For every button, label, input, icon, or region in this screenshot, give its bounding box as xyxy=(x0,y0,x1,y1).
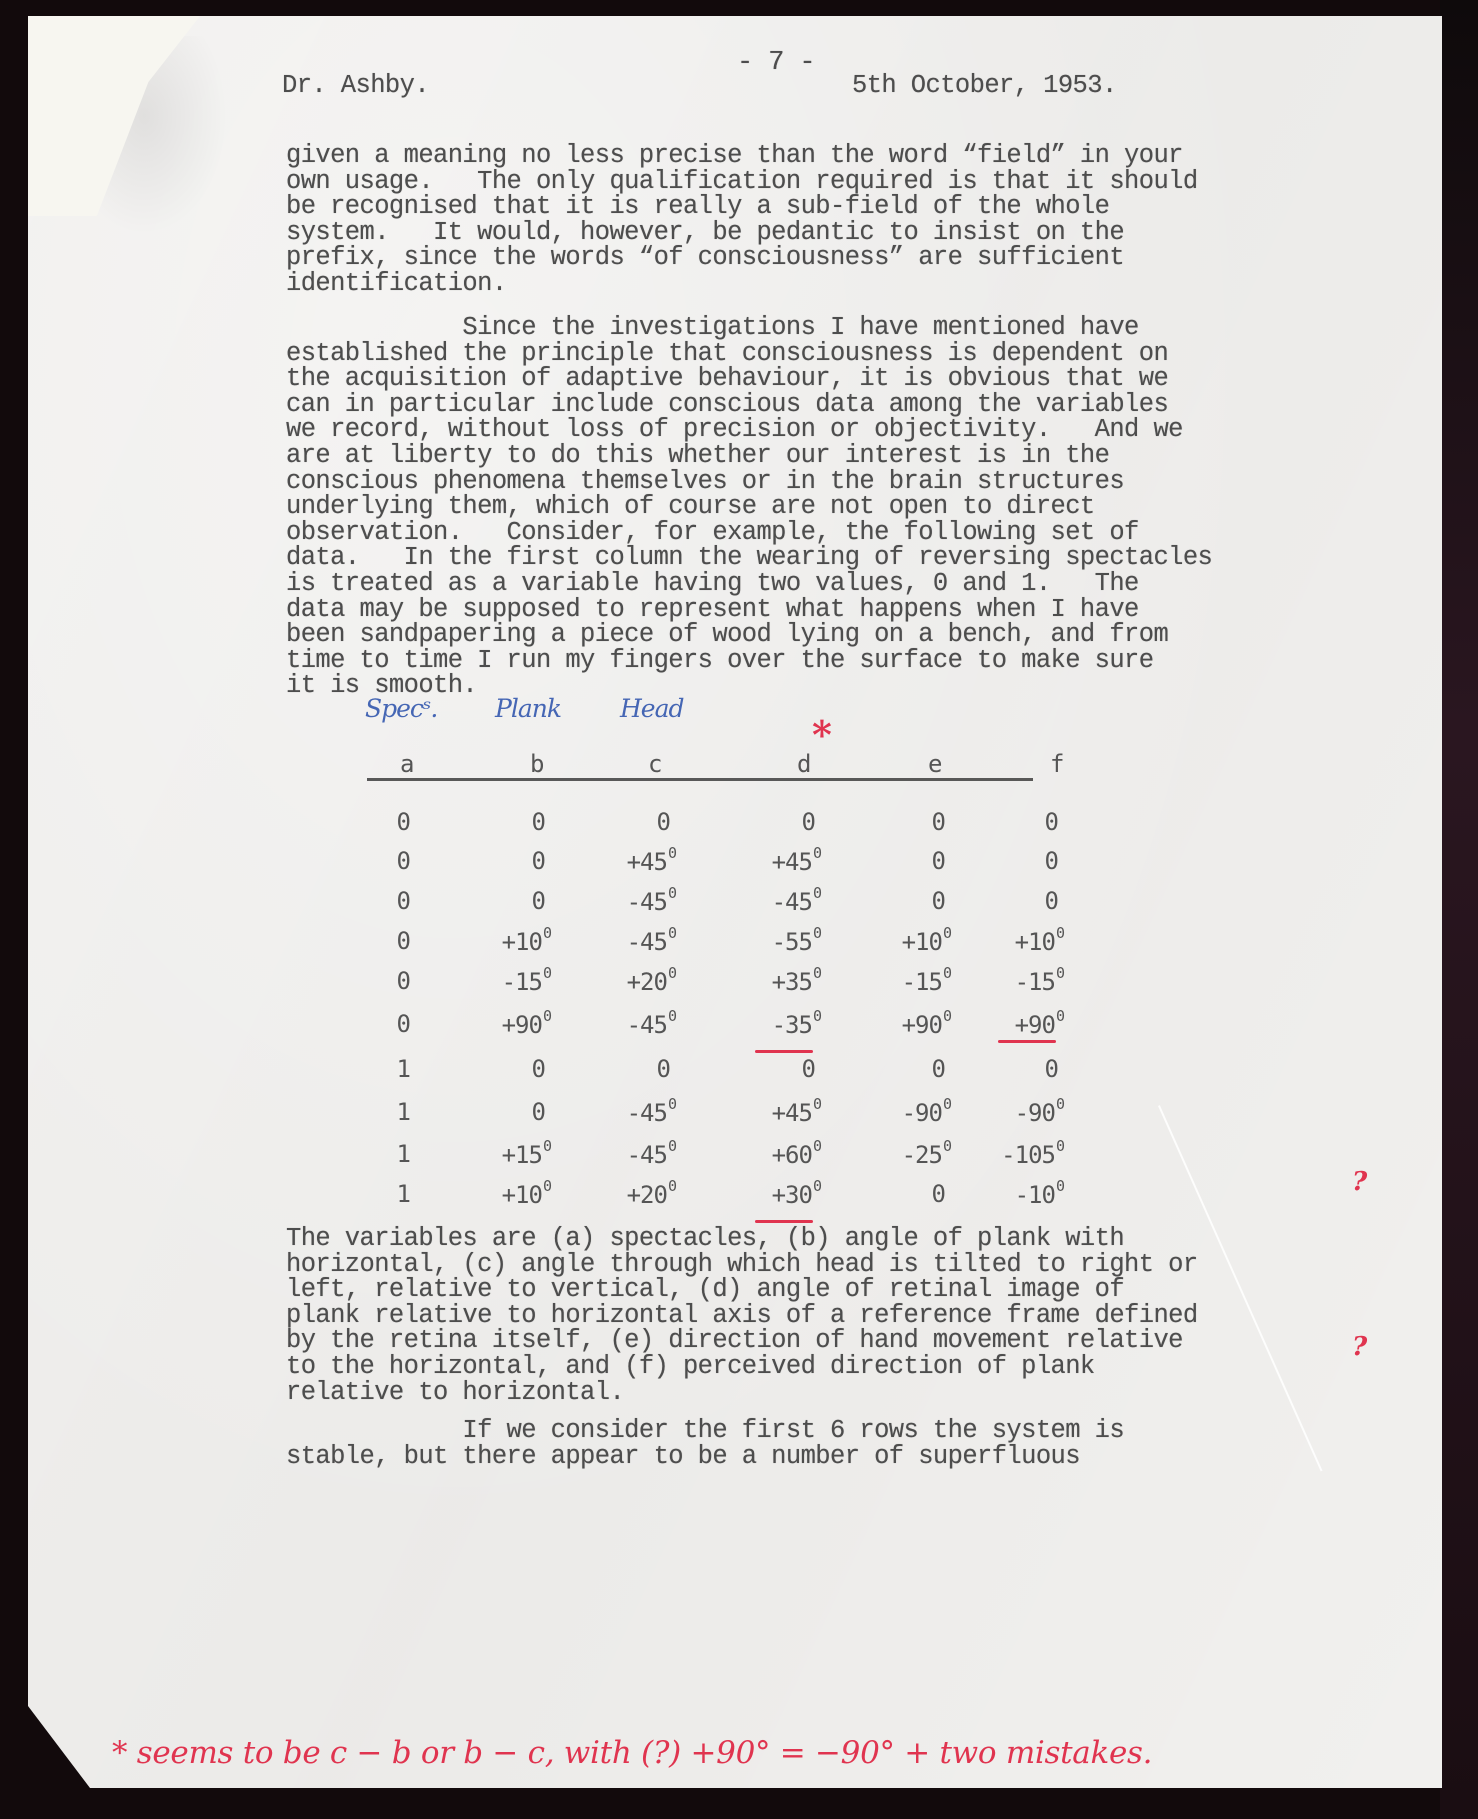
recipient: Dr. Ashby. xyxy=(282,73,429,99)
note-plank: Plank xyxy=(495,694,561,723)
text-line: data. In the first column the wearing of… xyxy=(286,545,1212,571)
text-line: stable, but there appear to be a number … xyxy=(286,1444,1124,1470)
table-cell: +100 xyxy=(954,927,1064,956)
table-cell: +200 xyxy=(566,967,676,996)
table-cell: 0 xyxy=(300,808,410,836)
table-cell: -450 xyxy=(566,887,676,916)
table-cell: +600 xyxy=(711,1140,821,1169)
table-cell: 0 xyxy=(300,887,410,915)
note-head: Head xyxy=(620,694,684,723)
text-line: system. It would, however, be pedantic t… xyxy=(286,220,1198,246)
column-header-b: b xyxy=(530,750,543,778)
paragraph-consciousness-data: Since the investigations I have mentione… xyxy=(286,315,1212,699)
text-line: relative to horizontal. xyxy=(286,1380,1198,1406)
text-line: given a meaning no less precise than the… xyxy=(286,143,1198,169)
table-cell: 0 xyxy=(948,1055,1058,1083)
table-cell: +900 xyxy=(954,1010,1064,1039)
table-cell: +450 xyxy=(711,847,821,876)
table-cell: +450 xyxy=(711,1098,821,1127)
text-line: The variables are (a) spectacles, (b) an… xyxy=(286,1226,1198,1252)
table-cell: -450 xyxy=(566,1010,676,1039)
table-cell: -350 xyxy=(711,1010,821,1039)
table-cell: -100 xyxy=(954,1180,1064,1209)
text-line: been sandpapering a piece of wood lying … xyxy=(286,622,1212,648)
table-cell: +900 xyxy=(441,1010,551,1039)
text-line: left, relative to vertical, (d) angle of… xyxy=(286,1277,1198,1303)
column-header-a: a xyxy=(400,750,413,778)
table-cell: 0 xyxy=(948,808,1058,836)
table-cell: 0 xyxy=(835,1055,945,1083)
text-line: If we consider the first 6 rows the syst… xyxy=(286,1418,1124,1444)
table-cell: 1 xyxy=(300,1055,410,1083)
paragraph-stability: If we consider the first 6 rows the syst… xyxy=(286,1418,1124,1469)
table-cell: +200 xyxy=(566,1180,676,1209)
letter-date: 5th October, 1953. xyxy=(852,73,1117,99)
table-cell: 0 xyxy=(435,847,545,875)
table-cell: 0 xyxy=(300,847,410,875)
table-cell: 0 xyxy=(835,847,945,875)
text-line: plank relative to horizontal axis of a r… xyxy=(286,1303,1198,1329)
table-cell: 0 xyxy=(835,808,945,836)
table-cell: +150 xyxy=(441,1140,551,1169)
text-line: underlying them, which of course are not… xyxy=(286,494,1212,520)
text-line: established the principle that conscious… xyxy=(286,341,1212,367)
page-number: - 7 - xyxy=(737,50,815,76)
table-cell: -550 xyxy=(711,927,821,956)
table-cell: 1 xyxy=(300,1140,410,1168)
asterisk-marker: * xyxy=(812,712,832,757)
column-header-f: f xyxy=(1050,750,1063,778)
table-cell: 0 xyxy=(560,808,670,836)
column-header-c: c xyxy=(648,750,661,778)
text-line: to the horizontal, and (f) perceived dir… xyxy=(286,1354,1198,1380)
table-cell: 0 xyxy=(560,1055,670,1083)
text-line: are at liberty to do this whether our in… xyxy=(286,443,1212,469)
table-cell: -150 xyxy=(441,967,551,996)
table-cell: 0 xyxy=(948,847,1058,875)
text-line: be recognised that it is really a sub-fi… xyxy=(286,194,1198,220)
table-cell: -450 xyxy=(566,1098,676,1127)
table-cell: 0 xyxy=(435,1055,545,1083)
table-cell: 0 xyxy=(435,1098,545,1126)
table-cell: 0 xyxy=(835,1180,945,1208)
text-line: the acquisition of adaptive behaviour, i… xyxy=(286,366,1212,392)
table-cell: 0 xyxy=(705,808,815,836)
text-line: by the retina itself, (e) direction of h… xyxy=(286,1328,1198,1354)
table-cell: 0 xyxy=(948,887,1058,915)
red-underline xyxy=(755,1220,813,1223)
table-cell: -900 xyxy=(841,1098,951,1127)
table-header-rule xyxy=(367,778,1033,781)
text-line: we record, without loss of precision or … xyxy=(286,417,1212,443)
text-line: horizontal, (c) angle through which head… xyxy=(286,1252,1198,1278)
query-mark-row-10: ? xyxy=(1352,1332,1367,1362)
text-line: prefix, since the words “of consciousnes… xyxy=(286,245,1198,271)
scan-backdrop xyxy=(1440,0,1478,1819)
text-line: own usage. The only qualification requir… xyxy=(286,169,1198,195)
text-line: conscious phenomena themselves or in the… xyxy=(286,469,1212,495)
table-cell: 0 xyxy=(705,1055,815,1083)
table-cell: +100 xyxy=(441,1180,551,1209)
text-line: data may be supposed to represent what h… xyxy=(286,597,1212,623)
table-cell: -1050 xyxy=(954,1140,1064,1169)
table-cell: -450 xyxy=(566,1140,676,1169)
table-cell: -450 xyxy=(711,887,821,916)
table-cell: -250 xyxy=(841,1140,951,1169)
text-line: Since the investigations I have mentione… xyxy=(286,315,1212,341)
table-cell: -150 xyxy=(841,967,951,996)
table-cell: -450 xyxy=(566,927,676,956)
note-spectacles: Specˢ. xyxy=(365,694,437,723)
text-line: identification. xyxy=(286,271,1198,297)
table-cell: +900 xyxy=(841,1010,951,1039)
table-cell: 0 xyxy=(435,887,545,915)
table-cell: 0 xyxy=(300,1010,410,1038)
column-header-d: d xyxy=(797,750,810,778)
table-cell: +300 xyxy=(711,1180,821,1209)
column-header-e: e xyxy=(928,750,941,778)
table-cell: +350 xyxy=(711,967,821,996)
table-cell: -150 xyxy=(954,967,1064,996)
handwritten-footnote: * seems to be c − b or b − c, with (?) +… xyxy=(112,1735,1152,1771)
table-cell: 0 xyxy=(435,808,545,836)
table-cell: 1 xyxy=(300,1180,410,1208)
text-line: time to time I run my fingers over the s… xyxy=(286,648,1212,674)
text-line: can in particular include conscious data… xyxy=(286,392,1212,418)
query-mark-row-6: ? xyxy=(1352,1167,1367,1197)
table-cell: +450 xyxy=(566,847,676,876)
text-line: observation. Consider, for example, the … xyxy=(286,520,1212,546)
table-cell: 0 xyxy=(835,887,945,915)
table-cell: 1 xyxy=(300,1098,410,1126)
paragraph-variable-definitions: The variables are (a) spectacles, (b) an… xyxy=(286,1226,1198,1405)
table-cell: 0 xyxy=(300,967,410,995)
table-cell: +100 xyxy=(841,927,951,956)
red-underline xyxy=(998,1040,1056,1043)
red-underline xyxy=(755,1050,813,1053)
table-cell: +100 xyxy=(441,927,551,956)
paragraph-field-definition: given a meaning no less precise than the… xyxy=(286,143,1198,297)
text-line: is treated as a variable having two valu… xyxy=(286,571,1212,597)
table-cell: 0 xyxy=(300,927,410,955)
table-cell: -900 xyxy=(954,1098,1064,1127)
